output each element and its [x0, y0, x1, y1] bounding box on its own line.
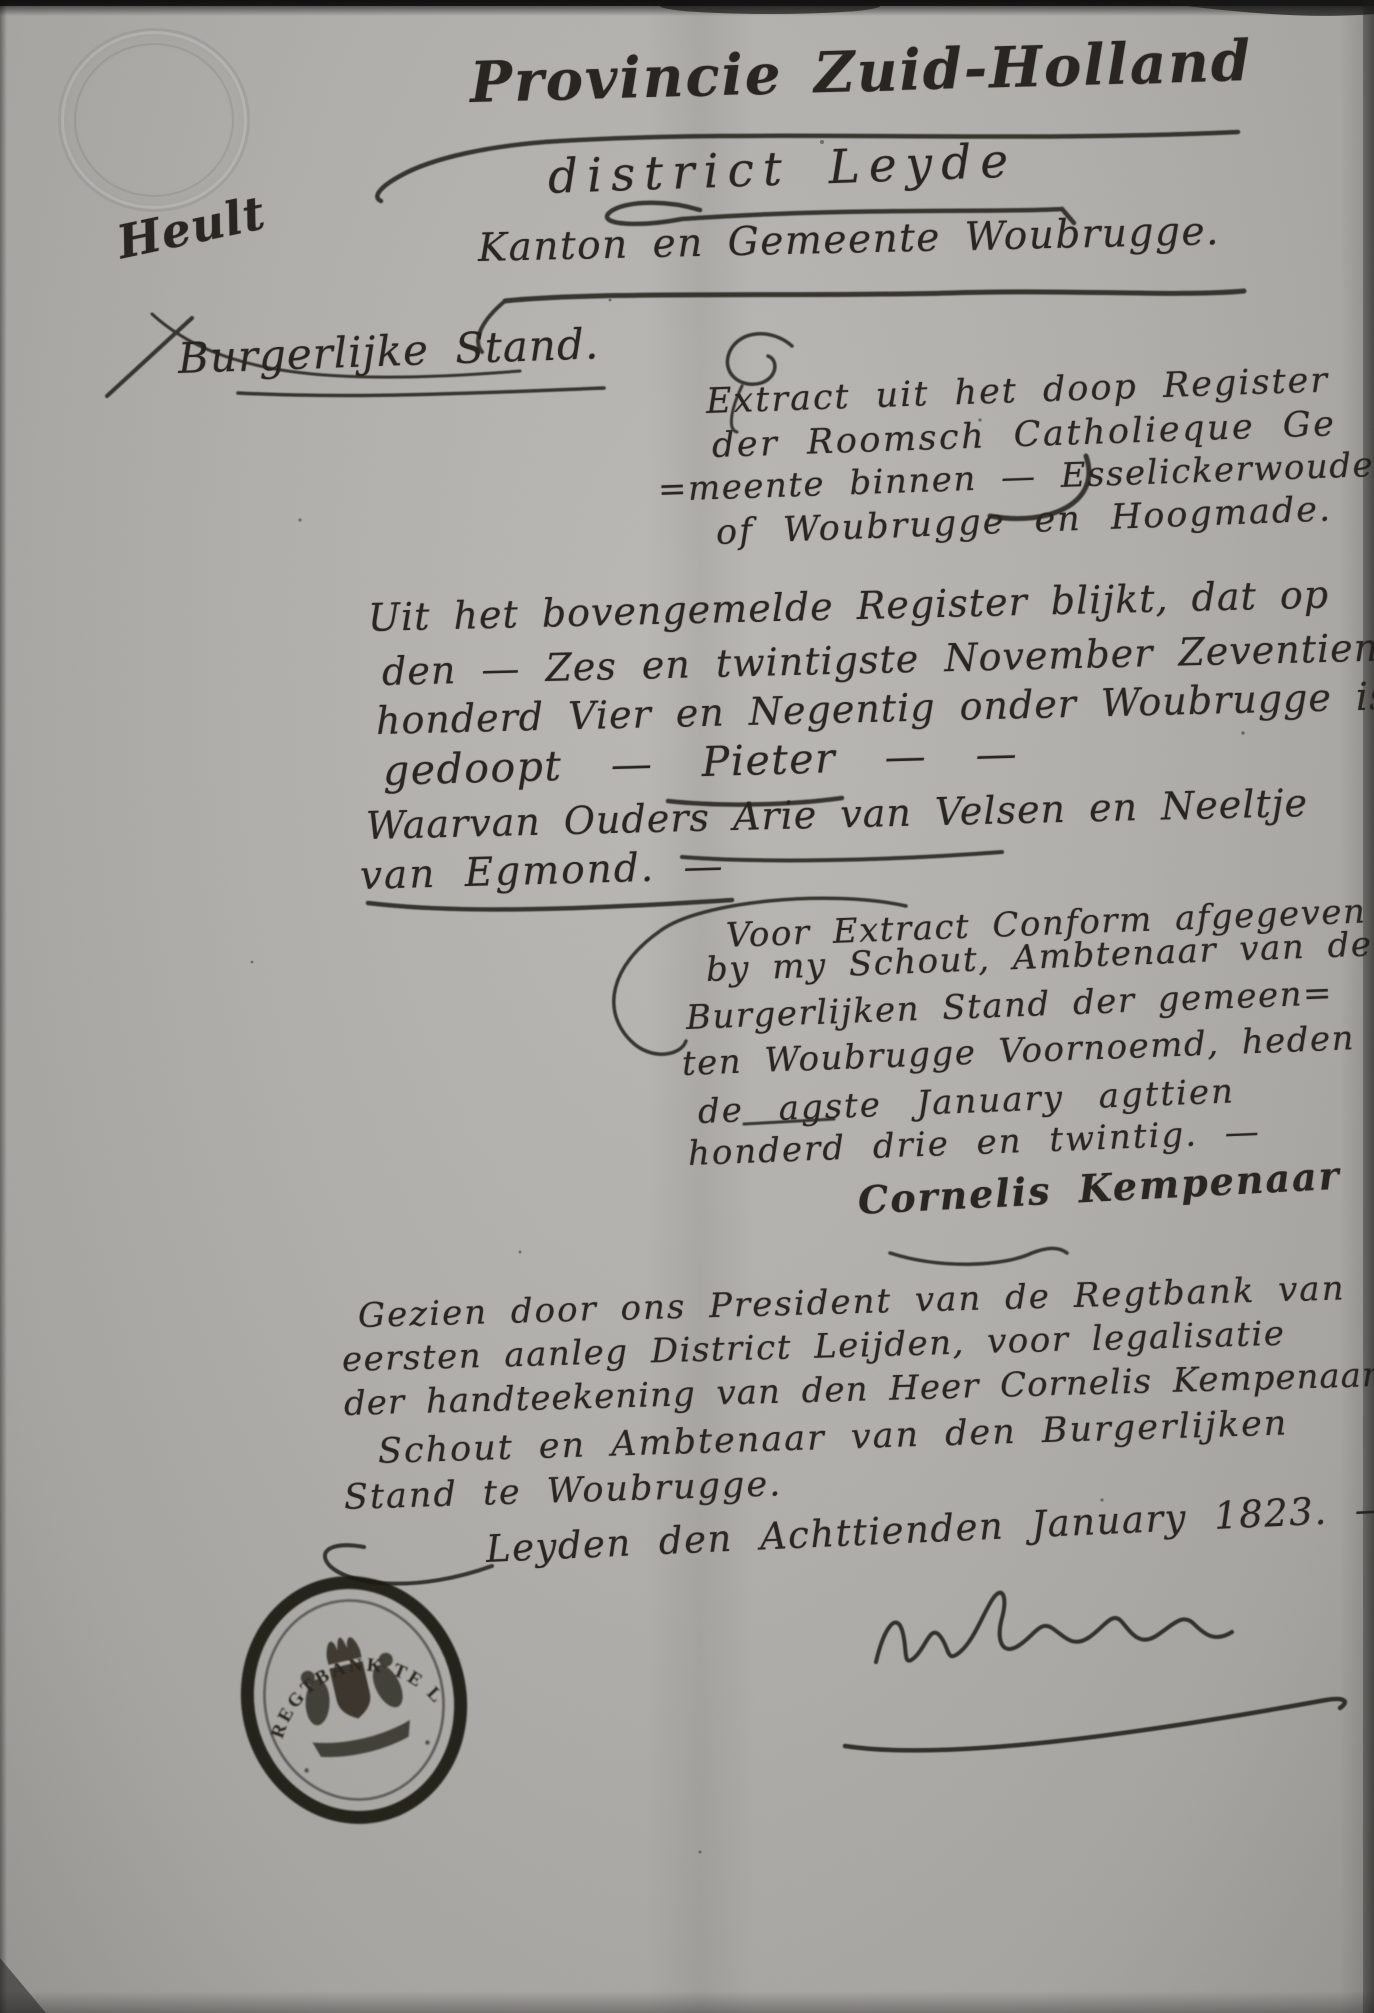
title-canton: Kanton en Gemeente Woubrugge. [477, 209, 1220, 271]
embossed-blind-stamp [58, 28, 250, 212]
legalization-line-5: Stand te Woubrugge. [343, 1464, 782, 1518]
seal-ring-text: REGTBANK TE LEYDEN [254, 1636, 451, 1747]
scanned-document-page: { "document": { "kind": "Handgeschreven … [0, 0, 1374, 2013]
embossed-stamp-inner-ring [74, 43, 234, 197]
title-province: Provincie Zuid-Holland [469, 28, 1253, 116]
body-line-6: van Egmond. — [359, 844, 725, 899]
court-seal: REGTBANK TE LEYDEN [224, 1561, 484, 1839]
section-heading-burgerlijke-stand: Burgerlijke Stand. [177, 319, 600, 383]
seal-coat-of-arms [277, 1623, 430, 1773]
president-signature [845, 1593, 1345, 1751]
title-district: district Leyde [547, 134, 1018, 205]
